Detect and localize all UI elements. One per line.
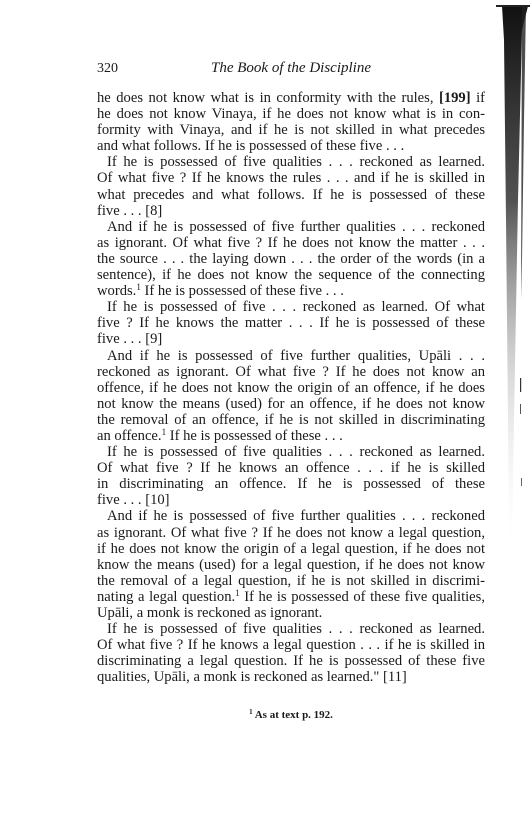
line-text: words. (97, 283, 136, 299)
line-text: And if he is possessed of five further q… (107, 348, 485, 364)
text-line: nating a legal question.1 If he is posse… (97, 589, 485, 605)
text-line: Of what five ? If he knows a legal quest… (97, 637, 485, 653)
text-line: he does not know what is in conformity w… (97, 90, 485, 106)
text-line: five . . . [9] (97, 331, 485, 347)
text-line: sentence), if he does not know the seque… (97, 267, 485, 283)
line-text: Of what five ? If he knows the rules . .… (97, 170, 485, 186)
text-line: formity with Vinaya, and if he is not sk… (97, 122, 485, 138)
text-line: know the means (used) for a legal questi… (97, 557, 485, 573)
text-line: If he is possessed of five qualities . .… (97, 621, 485, 637)
body-text: he does not know what is in conformity w… (97, 90, 485, 685)
line-text-tail: if (471, 90, 485, 106)
text-line: in discriminating an offence. If he is p… (97, 476, 485, 492)
text-line: he does not know Vinaya, if he does not … (97, 106, 485, 122)
line-text: qualities, Upāli, a monk is reckoned as … (97, 669, 407, 685)
page-reference-marker: [199] (439, 90, 471, 106)
text-line: Of what five ? If he knows the rules . .… (97, 170, 485, 186)
text-line: qualities, Upāli, a monk is reckoned as … (97, 669, 485, 685)
text-line: And if he is possessed of five further q… (97, 348, 485, 364)
page-edge-shadow (492, 0, 532, 814)
text-line: Of what five ? If he knows an offence . … (97, 460, 485, 476)
line-text: as ignorant. Of what five ? If he does n… (97, 525, 485, 541)
line-text: the removal of an offence, if he is not … (97, 412, 485, 428)
line-text: And if he is possessed of five further q… (107, 508, 485, 524)
text-line: five . . . [10] (97, 492, 485, 508)
text-line: Upāli, a monk is reckoned as ignorant. (97, 605, 485, 621)
text-line: five . . . [8] (97, 203, 485, 219)
line-text: If he is possessed of five qualities . .… (107, 154, 485, 170)
line-text: Of what five ? If he knows an offence . … (97, 460, 485, 476)
text-line: words.1 If he is possessed of these five… (97, 283, 485, 299)
text-line: and what follows. If he is possessed of … (97, 138, 485, 154)
line-text: nating a legal question. (97, 589, 235, 605)
text-line: the source . . . the laying down . . . t… (97, 251, 485, 267)
line-text: he does not know what is in conformity w… (97, 90, 439, 106)
line-text: Upāli, a monk is reckoned as ignorant. (97, 605, 322, 621)
text-line: as ignorant. Of what five ? If he does n… (97, 235, 485, 251)
line-text: and what follows. If he is possessed of … (97, 138, 404, 154)
line-text: If he is possessed of five qualities . .… (107, 621, 485, 637)
line-text: he does not know Vinaya, if he does not … (97, 106, 485, 122)
running-title: The Book of the Discipline (97, 59, 485, 77)
line-text: Of what five ? If he knows a legal quest… (97, 637, 485, 653)
line-text: as ignorant. Of what five ? If he does n… (97, 235, 485, 251)
text-line: what precedes and what follows. If he is… (97, 187, 485, 203)
line-text-tail: If he is possessed of these five qualiti… (240, 589, 485, 605)
footnote-text: As at text p. 192. (255, 709, 333, 721)
text-line: the removal of an offence, if he is not … (97, 412, 485, 428)
line-text: five ? If he knows the matter . . . If h… (97, 315, 485, 331)
line-text: not know the means (used) for an offence… (97, 396, 485, 412)
line-text-tail: If he is possessed of these . . . (166, 428, 343, 444)
line-text: the source . . . the laying down . . . t… (97, 251, 485, 267)
line-text: five . . . [8] (97, 203, 162, 219)
line-text: if he does not know the origin of a lega… (97, 541, 485, 557)
line-text: If he is possessed of five . . . reckone… (107, 299, 485, 315)
footnote-marker: 1 (249, 708, 253, 716)
text-line: the removal of a legal question, if he i… (97, 573, 485, 589)
footnote: 1 As at text p. 192. (97, 708, 485, 722)
text-line: discriminating a legal question. If he i… (97, 653, 485, 669)
text-line: reckoned as ignorant. Of what five ? If … (97, 364, 485, 380)
text-line: an offence.1 If he is possessed of these… (97, 428, 485, 444)
line-text: formity with Vinaya, and if he is not sk… (97, 122, 485, 138)
line-text: sentence), if he does not know the seque… (97, 267, 485, 283)
text-line: If he is possessed of five qualities . .… (97, 154, 485, 170)
line-text-tail: If he is possessed of these five . . . (141, 283, 344, 299)
text-line: five ? If he knows the matter . . . If h… (97, 315, 485, 331)
text-line: If he is possessed of five qualities . .… (97, 444, 485, 460)
line-text: in discriminating an offence. If he is p… (97, 476, 485, 492)
line-text: And if he is possessed of five further q… (107, 219, 485, 235)
line-text: reckoned as ignorant. Of what five ? If … (97, 364, 485, 380)
line-text: offence, if he does not know the origin … (97, 380, 485, 396)
text-line: offence, if he does not know the origin … (97, 380, 485, 396)
text-line: as ignorant. Of what five ? If he does n… (97, 525, 485, 541)
text-line: And if he is possessed of five further q… (97, 508, 485, 524)
line-text: five . . . [10] (97, 492, 170, 508)
line-text: know the means (used) for a legal questi… (97, 557, 485, 573)
line-text: what precedes and what follows. If he is… (97, 187, 485, 203)
text-line: And if he is possessed of five further q… (97, 219, 485, 235)
text-line: If he is possessed of five . . . reckone… (97, 299, 485, 315)
line-text: If he is possessed of five qualities . .… (107, 444, 485, 460)
text-line: if he does not know the origin of a lega… (97, 541, 485, 557)
text-line: not know the means (used) for an offence… (97, 396, 485, 412)
line-text: five . . . [9] (97, 331, 162, 347)
line-text: the removal of a legal question, if he i… (97, 573, 485, 589)
line-text: discriminating a legal question. If he i… (97, 653, 485, 669)
line-text: an offence. (97, 428, 162, 444)
